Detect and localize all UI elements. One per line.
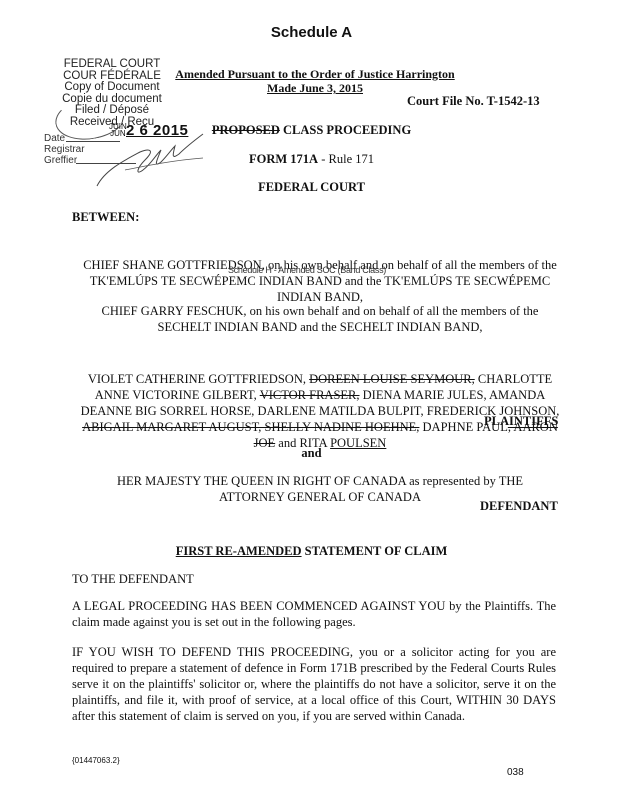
and-label: and [0,446,623,461]
amended-order-notice: Amended Pursuant to the Order of Justice… [160,67,470,95]
defendant-party: HER MAJESTY THE QUEEN IN RIGHT OF CANADA… [100,473,540,505]
stamp-line: Copy of Document [62,82,162,94]
amended-line-2: Made June 3, 2015 [267,81,363,95]
soc-title-amended: FIRST RE-AMENDED [176,544,302,558]
form-number: FORM 171A [249,152,318,166]
form-rule: - Rule 171 [318,152,374,166]
court-file-number: Court File No. T-1542-13 [407,94,540,109]
plaintiffs-label: PLAINTIFFS [484,414,558,429]
schedule-title: Schedule A [0,24,623,41]
plaintiff-party-2: CHIEF GARRY FESCHUK, on his own behalf a… [80,303,560,335]
class-proceeding: CLASS PROCEEDING [280,123,411,137]
to-defendant-heading: TO THE DEFENDANT [72,572,194,587]
proceeding-title: PROPOSED CLASS PROCEEDING [0,123,623,138]
party-segment-normal: VIOLET CATHERINE GOTTFRIEDSON, [88,372,309,386]
plaintiff-party-3: VIOLET CATHERINE GOTTFRIEDSON, DOREEN LO… [80,371,560,451]
claim-paragraph-1: A LEGAL PROCEEDING HAS BEEN COMMENCED AG… [72,598,556,630]
form-reference: FORM 171A - Rule 171 [0,152,623,167]
statement-of-claim-title: FIRST RE-AMENDED STATEMENT OF CLAIM [0,544,623,559]
party-segment-strike: ABIGAIL MARGARET AUGUST, SHELLY NADINE H… [82,420,419,434]
overlay-note: Schedule H - Amended SOC (Band Class) [228,265,386,275]
between-label: BETWEEN: [72,210,139,225]
claim-paragraph-2: IF YOU WISH TO DEFEND THIS PROCEEDING, y… [72,644,556,724]
defendant-label: DEFENDANT [480,499,558,514]
party-segment-strike: VICTOR FRASER, [260,388,360,402]
page-number: 038 [507,767,524,778]
court-name: FEDERAL COURT [0,180,623,195]
document-id: {01447063.2} [72,756,120,765]
soc-title-rest: STATEMENT OF CLAIM [302,544,448,558]
proposed-struck: PROPOSED [212,123,280,137]
party-segment-strike: DOREEN LOUISE SEYMOUR, [309,372,475,386]
stamp-line: FEDERAL COURT [62,59,162,71]
amended-line-1: Amended Pursuant to the Order of Justice… [175,67,454,81]
